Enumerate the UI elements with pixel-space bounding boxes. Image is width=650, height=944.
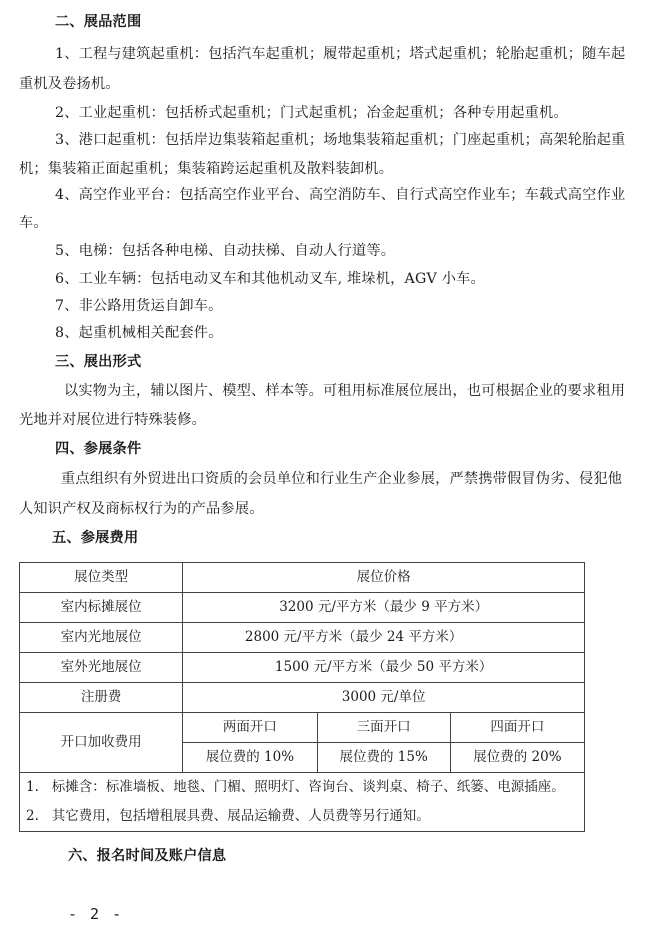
table-note-row: 2. 其它费用，包括增租展具费、展品运输费、人员费等另行通知。 — [20, 802, 585, 832]
table-row: 室内光地展位 2800 元/平方米（最少 24 平方米） — [20, 623, 585, 653]
fees-table-header-row: 展位类型 展位价格 — [20, 563, 585, 593]
section-heading-registration: 六、报名时间及账户信息 — [68, 847, 638, 865]
header-cell-type: 展位类型 — [20, 563, 183, 593]
table-row: 室外光地展位 1500 元/平方米（最少 50 平方米） — [20, 653, 585, 683]
booth-price-cell: 1500 元/平方米（最少 50 平方米） — [183, 653, 585, 683]
booth-type-cell: 室内标摊展位 — [20, 593, 183, 623]
scope-item-3-line1: 3、港口起重机：包括岸边集装箱起重机；场地集装箱起重机；门座起重机；高架轮胎起重 — [55, 131, 585, 149]
header-cell-price: 展位价格 — [183, 563, 585, 593]
scope-item-1-line2: 重机及卷扬机。 — [19, 75, 589, 93]
section-heading-scope: 二、展品范围 — [55, 13, 625, 31]
opening-option-name: 四面开口 — [450, 713, 584, 743]
table-row: 室内标摊展位 3200 元/平方米（最少 9 平方米） — [20, 593, 585, 623]
table-note-2: 2. 其它费用，包括增租展具费、展品运输费、人员费等另行通知。 — [20, 802, 585, 832]
scope-item-7: 7、非公路用货运自卸车。 — [55, 297, 625, 315]
table-note-row: 1. 标摊含：标准墙板、地毯、门楣、照明灯、咨询台、谈判桌、椅子、纸篓、电源插座… — [20, 773, 585, 803]
scope-item-3-line2: 机；集装箱正面起重机；集装箱跨运起重机及散料装卸机。 — [19, 160, 589, 178]
page-number: - 2 - — [68, 905, 123, 923]
booth-type-cell: 注册费 — [20, 683, 183, 713]
scope-item-4-line1: 4、高空作业平台：包括高空作业平台、高空消防车、自行式高空作业车；车载式高空作业 — [55, 186, 585, 204]
booth-type-cell: 室内光地展位 — [20, 623, 183, 653]
opening-names-row: 开口加收费用 两面开口 三面开口 四面开口 — [20, 713, 585, 743]
conditions-text-line2: 人知识产权及商标权行为的产品参展。 — [19, 500, 589, 518]
table-row: 注册费 3000 元/单位 — [20, 683, 585, 713]
section-heading-format: 三、展出形式 — [55, 353, 625, 371]
scope-item-5: 5、电梯：包括各种电梯、自动扶梯、自动人行道等。 — [55, 242, 625, 260]
scope-item-1-line1: 1、工程与建筑起重机：包括汽车起重机；履带起重机；塔式起重机；轮胎起重机；随车起 — [55, 45, 585, 63]
opening-fee-label: 开口加收费用 — [20, 713, 183, 773]
fees-table: 展位类型 展位价格 室内标摊展位 3200 元/平方米（最少 9 平方米） 室内… — [19, 562, 585, 832]
format-text-line1: 以实物为主，辅以图片、模型、样本等。可租用标准展位展出，也可根据企业的要求租用 — [64, 382, 585, 400]
table-note-1: 1. 标摊含：标准墙板、地毯、门楣、照明灯、咨询台、谈判桌、椅子、纸篓、电源插座… — [20, 773, 585, 803]
booth-price-cell: 2800 元/平方米（最少 24 平方米） — [183, 623, 585, 653]
opening-option-name: 三面开口 — [317, 713, 450, 743]
scope-item-2: 2、工业起重机：包括桥式起重机；门式起重机；冶金起重机；各种专用起重机。 — [55, 104, 625, 122]
conditions-text-line1: 重点组织有外贸进出口资质的会员单位和行业生产企业参展，严禁携带假冒伪劣、侵犯他 — [61, 470, 585, 488]
format-text-line2: 光地并对展位进行特殊装修。 — [19, 411, 589, 429]
booth-price-cell: 3200 元/平方米（最少 9 平方米） — [183, 593, 585, 623]
opening-option-fee: 展位费的 20% — [450, 743, 584, 773]
booth-price-cell: 3000 元/单位 — [183, 683, 585, 713]
opening-option-fee: 展位费的 15% — [317, 743, 450, 773]
opening-option-name: 两面开口 — [183, 713, 317, 743]
scope-item-4-line2: 车。 — [19, 214, 589, 232]
scope-item-8: 8、起重机械相关配套件。 — [55, 324, 625, 342]
opening-option-fee: 展位费的 10% — [183, 743, 317, 773]
scope-item-6: 6、工业车辆：包括电动叉车和其他机动叉车, 堆垛机，AGV 小车。 — [55, 270, 625, 288]
section-heading-fees: 五、参展费用 — [52, 529, 622, 547]
section-heading-conditions: 四、参展条件 — [55, 440, 625, 458]
booth-type-cell: 室外光地展位 — [20, 653, 183, 683]
